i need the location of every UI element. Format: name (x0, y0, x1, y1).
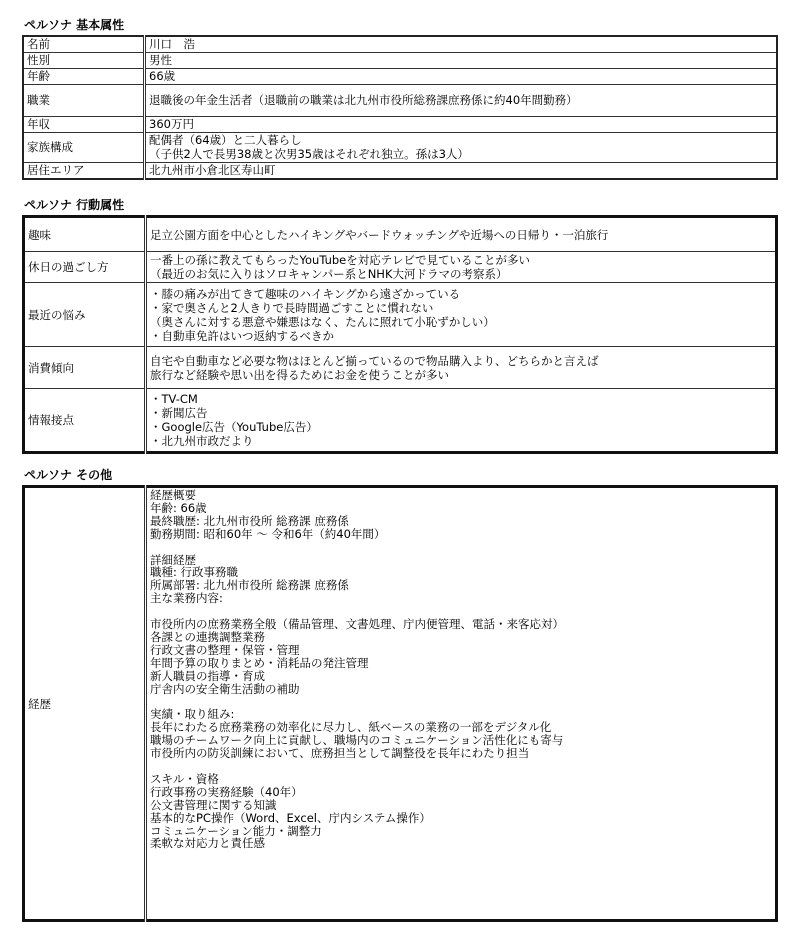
row-value[interactable]: 経歴概要 年齢: 66歳 最終職歴: 北九州市役所 総務課 庶務係 勤務期間: … (146, 487, 777, 921)
table-row-age: 年齢 66歳 (23, 68, 777, 84)
behavior-attributes-table: 趣味 足立公園方面を中心としたハイキングやバードウォッチングや近場への日帰り・一… (22, 215, 778, 454)
row-value[interactable]: 66歳 (145, 68, 778, 84)
section-title-other: ペルソナ その他 (24, 468, 112, 482)
table-row-income: 年収 360万円 (23, 116, 777, 132)
table-row-hobby: 趣味 足立公園方面を中心としたハイキングやバードウォッチングや近場への日帰り・一… (24, 217, 777, 252)
row-label: 家族構成 (23, 132, 145, 162)
row-value[interactable]: 配偶者（64歳）と二人暮らし （子供2人で長男38歳と次男35歳はそれぞれ独立。… (145, 132, 778, 162)
row-value[interactable]: 北九州市小倉北区寿山町 (145, 162, 778, 179)
row-value[interactable]: 川口 浩 (145, 36, 778, 52)
row-value[interactable]: 退職後の年金生活者（退職前の職業は北九州市役所総務課庶務係に約40年間勤務） (145, 84, 778, 116)
row-value[interactable]: 一番上の孫に教えてもらったYouTubeを対応テレビで見ていることが多い （最近… (146, 252, 777, 283)
row-label: 職業 (23, 84, 145, 116)
table-row-residence: 居住エリア 北九州市小倉北区寿山町 (23, 162, 777, 179)
table-row-occupation: 職業 退職後の年金生活者（退職前の職業は北九州市役所総務課庶務係に約40年間勤務… (23, 84, 777, 116)
row-value[interactable]: ・TV-CM ・新聞広告 ・Google広告（YouTube広告） ・北九州市政… (146, 389, 777, 453)
row-label: 経歴 (24, 487, 146, 921)
table-row-name: 名前 川口 浩 (23, 36, 777, 52)
basic-attributes-table: 名前 川口 浩 性別 男性 年齢 66歳 職業 退職後の年金生活者（退職前の職業… (22, 35, 778, 180)
row-label: 名前 (23, 36, 145, 52)
table-row-touchpoints: 情報接点 ・TV-CM ・新聞広告 ・Google広告（YouTube広告） ・… (24, 389, 777, 453)
row-label: 居住エリア (23, 162, 145, 179)
section-title-basic: ペルソナ 基本属性 (24, 18, 124, 32)
row-label: 年齢 (23, 68, 145, 84)
row-label: 消費傾向 (24, 347, 146, 389)
row-value[interactable]: 男性 (145, 52, 778, 68)
table-row-gender: 性別 男性 (23, 52, 777, 68)
row-label: 年収 (23, 116, 145, 132)
table-row-concerns: 最近の悩み ・膝の痛みが出てきて趣味のハイキングから遠ざかっている ・家で奥さん… (24, 283, 777, 347)
row-label: 最近の悩み (24, 283, 146, 347)
row-label: 休日の過ごし方 (24, 252, 146, 283)
row-label: 情報接点 (24, 389, 146, 453)
table-row-spending: 消費傾向 自宅や自動車など必要な物はほとんど揃っているので物品購入より、どちらか… (24, 347, 777, 389)
row-value[interactable]: ・膝の痛みが出てきて趣味のハイキングから遠ざかっている ・家で奥さんと2人きりで… (146, 283, 777, 347)
section-title-behavior: ペルソナ 行動属性 (24, 198, 124, 212)
table-row-family: 家族構成 配偶者（64歳）と二人暮らし （子供2人で長男38歳と次男35歳はそれ… (23, 132, 777, 162)
table-row-career: 経歴 経歴概要 年齢: 66歳 最終職歴: 北九州市役所 総務課 庶務係 勤務期… (24, 487, 777, 921)
row-value[interactable]: 自宅や自動車など必要な物はほとんど揃っているので物品購入より、どちらかと言えば … (146, 347, 777, 389)
row-value[interactable]: 足立公園方面を中心としたハイキングやバードウォッチングや近場への日帰り・一泊旅行 (146, 217, 777, 252)
row-label: 趣味 (24, 217, 146, 252)
row-value[interactable]: 360万円 (145, 116, 778, 132)
other-attributes-table: 経歴 経歴概要 年齢: 66歳 最終職歴: 北九州市役所 総務課 庶務係 勤務期… (22, 485, 778, 922)
table-row-holiday: 休日の過ごし方 一番上の孫に教えてもらったYouTubeを対応テレビで見ているこ… (24, 252, 777, 283)
row-label: 性別 (23, 52, 145, 68)
